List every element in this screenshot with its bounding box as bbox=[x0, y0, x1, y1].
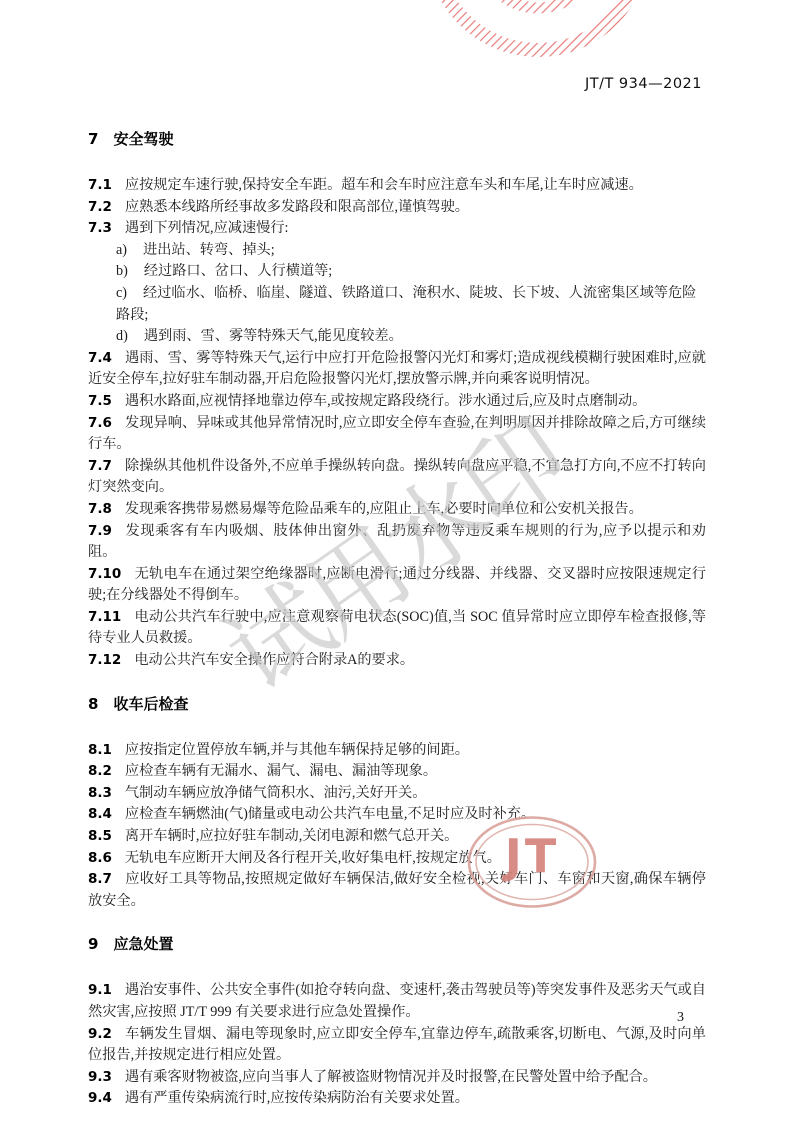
clause-number: 7.11 bbox=[88, 609, 121, 625]
section-title: 应急处置 bbox=[113, 935, 173, 953]
clause-number: 8.5 bbox=[88, 828, 112, 844]
clause-paragraph: 7.12电动公共汽车安全操作应符合附录A的要求。 bbox=[88, 650, 706, 672]
clause-text: 电动公共汽车安全操作应符合附录A的要求。 bbox=[134, 652, 414, 668]
clause-number: 8.6 bbox=[88, 850, 112, 866]
list-item-text: 遇到雨、雪、雾等特殊天气,能见度较差。 bbox=[144, 328, 403, 344]
list-item-label: c) bbox=[116, 285, 127, 301]
list-item: a)进出站、转弯、掉头; bbox=[88, 240, 706, 262]
list-item-label: d) bbox=[116, 328, 128, 344]
section-number: 8 bbox=[88, 695, 98, 713]
clause-text: 应熟悉本线路所经事故多发路段和限高部位,谨慎驾驶。 bbox=[125, 199, 469, 215]
clause-number: 7.2 bbox=[88, 199, 112, 215]
clause-number: 7.1 bbox=[88, 177, 112, 193]
clause-paragraph: 8.6无轨电车应断开大闸及各行程开关,收好集电杆,按规定放气。 bbox=[88, 848, 706, 870]
list-item: c)经过临水、临桥、临崖、隧道、铁路道口、淹积水、陡坡、长下坡、人流密集区域等危… bbox=[88, 283, 706, 326]
clause-text: 无轨电车在通过架空绝缘器时,应断电滑行;通过分线器、并线器、交叉器时应按限速规定… bbox=[88, 566, 706, 604]
list-item: b)经过路口、岔口、人行横道等; bbox=[88, 261, 706, 283]
clause-number: 8.1 bbox=[88, 742, 112, 758]
clause-paragraph: 7.7除操纵其他机件设备外,不应单手操纵转向盘。操纵转向盘应平稳,不宜急打方向,… bbox=[88, 456, 706, 499]
clause-paragraph: 8.7应收好工具等物品,按照规定做好车辆保洁,做好安全检视,关好车门、车窗和天窗… bbox=[88, 869, 706, 912]
clause-paragraph: 8.4应检查车辆燃油(气)储量或电动公共汽车电量,不足时应及时补充。 bbox=[88, 804, 706, 826]
page-number: 3 bbox=[677, 1010, 684, 1026]
list-item: d)遇到雨、雪、雾等特殊天气,能见度较差。 bbox=[88, 326, 706, 348]
clause-text: 发现乘客有车内吸烟、肢体伸出窗外、乱扔废弃物等违反乘车规则的行为,应予以提示和劝… bbox=[88, 523, 706, 561]
clause-paragraph: 7.8发现乘客携带易燃易爆等危险品乘车的,应阻止上车,必要时向单位和公安机关报告… bbox=[88, 499, 706, 521]
clause-paragraph: 8.1应按指定位置停放车辆,并与其他车辆保持足够的间距。 bbox=[88, 740, 706, 762]
clause-paragraph: 8.3气制动车辆应放净储气筒积水、油污,关好开关。 bbox=[88, 783, 706, 805]
document-page: JT/T 934—2021 7安全驾驶7.1应按规定车速行驶,保持安全车距。超车… bbox=[0, 0, 794, 1123]
clause-text: 电动公共汽车行驶中,应注意观察荷电状态(SOC)值,当 SOC 值异常时应立即停… bbox=[88, 609, 706, 647]
list-item-label: a) bbox=[116, 242, 127, 258]
section-title: 安全驾驶 bbox=[113, 130, 173, 148]
clause-text: 发现乘客携带易燃易爆等危险品乘车的,应阻止上车,必要时向单位和公安机关报告。 bbox=[125, 501, 643, 517]
clause-paragraph: 7.2应熟悉本线路所经事故多发路段和限高部位,谨慎驾驶。 bbox=[88, 197, 706, 219]
clause-text: 气制动车辆应放净储气筒积水、油污,关好开关。 bbox=[125, 785, 427, 801]
clause-paragraph: 9.2车辆发生冒烟、漏电等现象时,应立即安全停车,宜靠边停车,疏散乘客,切断电、… bbox=[88, 1024, 706, 1067]
clause-text: 遇到下列情况,应减速慢行: bbox=[125, 220, 289, 236]
clause-number: 8.2 bbox=[88, 763, 112, 779]
clause-number: 7.9 bbox=[88, 523, 112, 539]
clause-number: 9.2 bbox=[88, 1026, 112, 1042]
document-content: 7安全驾驶7.1应按规定车速行驶,保持安全车距。超车和会车时应注意车头和车尾,让… bbox=[88, 130, 706, 1110]
clause-paragraph: 8.2应检查车辆有无漏水、漏气、漏电、漏油等现象。 bbox=[88, 761, 706, 783]
clause-text: 车辆发生冒烟、漏电等现象时,应立即安全停车,宜靠边停车,疏散乘客,切断电、气源,… bbox=[88, 1026, 706, 1064]
list-item-text: 进出站、转弯、掉头; bbox=[143, 242, 275, 258]
section-number: 9 bbox=[88, 935, 98, 953]
clause-number: 7.3 bbox=[88, 220, 112, 236]
clause-paragraph: 7.1应按规定车速行驶,保持安全车距。超车和会车时应注意车头和车尾,让车时应减速… bbox=[88, 175, 706, 197]
clause-number: 7.8 bbox=[88, 501, 112, 517]
clause-text: 应收好工具等物品,按照规定做好车辆保洁,做好安全检视,关好车门、车窗和天窗,确保… bbox=[88, 871, 706, 909]
clause-number: 9.3 bbox=[88, 1069, 112, 1085]
clause-text: 除操纵其他机件设备外,不应单手操纵转向盘。操纵转向盘应平稳,不宜急打方向,不应不… bbox=[88, 458, 706, 496]
clause-text: 应检查车辆燃油(气)储量或电动公共汽车电量,不足时应及时补充。 bbox=[125, 806, 535, 822]
clause-paragraph: 7.4遇雨、雪、雾等特殊天气,运行中应打开危险报警闪光灯和雾灯;造成视线模糊行驶… bbox=[88, 348, 706, 391]
section-heading: 7安全驾驶 bbox=[88, 130, 706, 148]
clause-paragraph: 9.1遇治安事件、公共安全事件(如抢夺转向盘、变速杆,袭击驾驶员等)等突发事件及… bbox=[88, 980, 706, 1023]
clause-number: 7.12 bbox=[88, 652, 121, 668]
clause-paragraph: 7.5遇积水路面,应视情择地靠边停车,或按规定路段绕行。涉水通过后,应及时点磨制… bbox=[88, 391, 706, 413]
clause-number: 7.6 bbox=[88, 415, 112, 431]
clause-number: 7.5 bbox=[88, 393, 112, 409]
clause-number: 8.7 bbox=[88, 871, 112, 887]
clause-paragraph: 8.5离开车辆时,应拉好驻车制动,关闭电源和燃气总开关。 bbox=[88, 826, 706, 848]
clause-text: 应按指定位置停放车辆,并与其他车辆保持足够的间距。 bbox=[125, 742, 469, 758]
clause-text: 遇有严重传染病流行时,应按传染病防治有关要求处置。 bbox=[125, 1090, 469, 1106]
section-number: 7 bbox=[88, 130, 98, 148]
section-heading: 9应急处置 bbox=[88, 935, 706, 953]
clause-number: 9.1 bbox=[88, 982, 112, 998]
clause-number: 7.7 bbox=[88, 458, 112, 474]
section-title: 收车后检查 bbox=[113, 695, 188, 713]
clause-paragraph: 7.10无轨电车在通过架空绝缘器时,应断电滑行;通过分线器、并线器、交叉器时应按… bbox=[88, 564, 706, 607]
clause-text: 离开车辆时,应拉好驻车制动,关闭电源和燃气总开关。 bbox=[125, 828, 458, 844]
clause-number: 7.4 bbox=[88, 350, 112, 366]
clause-number: 9.4 bbox=[88, 1090, 112, 1106]
clause-text: 遇积水路面,应视情择地靠边停车,或按规定路段绕行。涉水通过后,应及时点磨制动。 bbox=[125, 393, 646, 409]
list-item-label: b) bbox=[116, 263, 128, 279]
clause-text: 应检查车辆有无漏水、漏气、漏电、漏油等现象。 bbox=[125, 763, 437, 779]
clause-paragraph: 7.9发现乘客有车内吸烟、肢体伸出窗外、乱扔废弃物等违反乘车规则的行为,应予以提… bbox=[88, 521, 706, 564]
clause-number: 8.3 bbox=[88, 785, 112, 801]
clause-text: 遇雨、雪、雾等特殊天气,运行中应打开危险报警闪光灯和雾灯;造成视线模糊行驶困难时… bbox=[88, 350, 706, 388]
clause-paragraph: 7.11电动公共汽车行驶中,应注意观察荷电状态(SOC)值,当 SOC 值异常时… bbox=[88, 607, 706, 650]
list-item-text: 经过路口、岔口、人行横道等; bbox=[144, 263, 332, 279]
truncated-stamp-arcs-icon bbox=[410, 0, 670, 62]
clause-paragraph: 9.4遇有严重传染病流行时,应按传染病防治有关要求处置。 bbox=[88, 1088, 706, 1110]
clause-text: 发现异响、异味或其他异常情况时,应立即安全停车查验,在判明原因并排除故障之后,方… bbox=[88, 415, 706, 453]
clause-text: 无轨电车应断开大闸及各行程开关,收好集电杆,按规定放气。 bbox=[125, 850, 501, 866]
standard-code: JT/T 934—2021 bbox=[585, 76, 702, 92]
clause-text: 应按规定车速行驶,保持安全车距。超车和会车时应注意车头和车尾,让车时应减速。 bbox=[125, 177, 643, 193]
clause-text: 遇治安事件、公共安全事件(如抢夺转向盘、变速杆,袭击驾驶员等)等突发事件及恶劣天… bbox=[88, 982, 706, 1020]
clause-text: 遇有乘客财物被盗,应向当事人了解被盗财物情况并及时报警,在民警处置中给予配合。 bbox=[125, 1069, 657, 1085]
list-item-text: 经过临水、临桥、临崖、隧道、铁路道口、淹积水、陡坡、长下坡、人流密集区域等危险路… bbox=[116, 285, 696, 323]
clause-paragraph: 7.6发现异响、异味或其他异常情况时,应立即安全停车查验,在判明原因并排除故障之… bbox=[88, 413, 706, 456]
clause-paragraph: 9.3遇有乘客财物被盗,应向当事人了解被盗财物情况并及时报警,在民警处置中给予配… bbox=[88, 1067, 706, 1089]
clause-paragraph: 7.3遇到下列情况,应减速慢行: bbox=[88, 218, 706, 240]
section-heading: 8收车后检查 bbox=[88, 695, 706, 713]
clause-number: 7.10 bbox=[88, 566, 121, 582]
clause-number: 8.4 bbox=[88, 806, 112, 822]
